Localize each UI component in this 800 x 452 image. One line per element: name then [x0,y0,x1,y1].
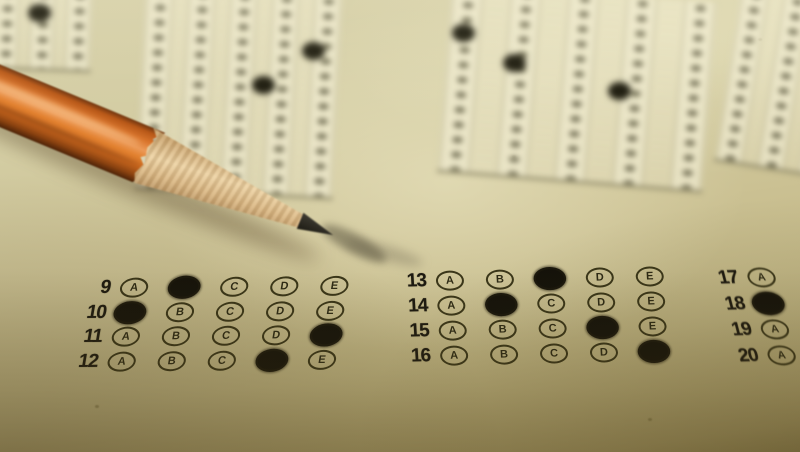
bubble-e-filled: E [308,323,344,346]
bubble-d: D [585,267,614,288]
bubble-a: A [438,320,467,341]
bubble-d: D [587,292,616,313]
answer-row: 10ABCDE [70,298,346,324]
bubble-a-filled: A [112,300,148,323]
bubble-d: D [260,325,291,345]
bubble-b: B [164,302,195,322]
bubble-b: B [485,269,514,290]
bubble-a-filled: A [749,291,787,315]
bubble-d-filled: D [586,316,620,340]
answer-rows: 9ABCDE10ABCDE11ABCDE12ABCDE13ABCDE14ABCD… [0,0,800,452]
bubble-e: E [319,276,350,296]
bubble-e: E [306,349,337,369]
bubble-c: C [540,343,569,364]
question-number: 19 [714,319,753,342]
bubble-a: A [440,345,469,366]
bubble-b: B [490,344,519,365]
question-number: 14 [393,295,428,318]
question-number: 20 [721,345,760,368]
question-number: 9 [74,277,112,299]
bubble-b-filled: B [166,276,202,299]
bubble-b: B [488,319,517,340]
answer-group-17-20: 17A18A19A20A [701,265,799,371]
question-number: 18 [708,293,747,316]
question-number: 15 [394,320,429,343]
bubble-e-filled: E [637,339,671,363]
answer-row: 12ABCDE [62,347,338,373]
question-number: 17 [701,267,740,290]
bubble-a: A [745,267,778,288]
bubble-b: B [160,326,191,346]
question-number: 16 [396,345,431,368]
bubble-c-filled: C [533,267,567,291]
answer-row: 11ABCDE [66,323,342,349]
question-number: 13 [391,270,426,293]
bubble-a: A [106,351,137,371]
bubble-c: C [214,301,245,321]
bubble-d: D [269,276,300,296]
bubble-e: E [637,291,666,312]
bubble-c: C [206,350,237,370]
bubble-e: E [638,316,667,337]
bubble-e: E [635,266,664,287]
bubble-c: C [538,318,567,339]
answer-group-13-16: 13ABCDE14ABCDE15ABCDE16ABCDE [391,264,668,370]
bubble-a: A [758,319,791,340]
bubble-e: E [315,300,346,320]
bubble-a: A [110,327,141,347]
answer-row: 19A [714,317,792,343]
bubble-d-filled: D [254,348,290,371]
answer-group-9-12: 9ABCDE10ABCDE11ABCDE12ABCDE [62,274,351,374]
bubble-a: A [437,295,466,316]
question-number: 10 [70,301,108,323]
bubble-d: D [589,342,618,363]
answer-row: 18A [708,291,786,317]
bubble-a: A [765,345,798,366]
answer-row: 16ABCDE [396,339,669,369]
answer-row: 20A [721,343,799,369]
bubble-a: A [118,278,149,298]
bubble-c: C [537,293,566,314]
bubble-b-filled: B [484,293,518,317]
answer-row: 9ABCDE [74,274,350,300]
bubble-c: C [210,326,241,346]
scantron-photo: 9ABCDE10ABCDE11ABCDE12ABCDE13ABCDE14ABCD… [0,0,800,452]
answer-row: 17A [701,265,779,291]
bubble-b: B [156,351,187,371]
bubble-c: C [219,277,250,297]
bubble-a: A [435,270,464,291]
question-number: 11 [66,326,104,348]
question-number: 12 [62,350,100,372]
bubble-d: D [265,301,296,321]
